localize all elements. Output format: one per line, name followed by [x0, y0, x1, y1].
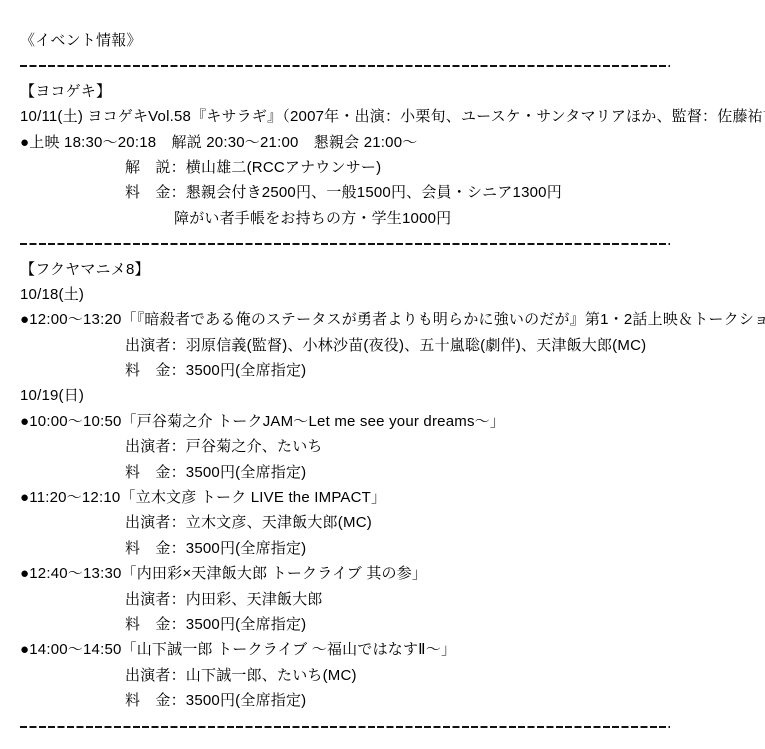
event-title-line: ●12:00～13:20「『暗殺者である俺のステータスが勇者よりも明らかに強いの…: [20, 307, 765, 332]
fee-line: 料 金：3500円(全席指定): [20, 460, 765, 485]
fee-note-line: 障がい者手帳をお持ちの方・学生1000円: [20, 206, 765, 231]
event-date-line: 10/18(土): [20, 282, 765, 307]
fee-line: 料 金：3500円(全席指定): [20, 536, 765, 561]
fee-line: 料 金：懇親会付き2500円、一般1500円、会員・シニア1300円: [20, 180, 765, 205]
section-heading-fukuyamanime8: 【フクヤマニメ8】: [20, 257, 765, 282]
performer-line: 出演者：内田彩、天津飯大郎: [20, 587, 765, 612]
event-title-line: ●12:40～13:30「内田彩×天津飯大郎 トークライブ 其の参」: [20, 561, 765, 586]
performer-line: 出演者：戸谷菊之介、たいち: [20, 434, 765, 459]
event-title-line: ●11:20～12:10「立木文彦 トーク LIVE the IMPACT」: [20, 485, 765, 510]
event-title-line: ●10:00～10:50「戸谷菊之介 トークJAM～Let me see you…: [20, 409, 765, 434]
event-info-document: 《イベント情報》 【ヨコゲキ】 10/11(土) ヨコゲキVol.58『キサラギ…: [0, 0, 765, 739]
event-title-line: ●14:00～14:50「山下誠一郎 トークライブ ～福山ではなすⅡ～」: [20, 637, 765, 662]
performer-line: 出演者：羽原信義(監督)、小林沙苗(夜役)、五十嵐聡(劇伴)、天津飯大郎(MC): [20, 333, 765, 358]
event-title-line: 10/11(土) ヨコゲキVol.58『キサラギ』（2007年・出演：小栗旬、ユ…: [20, 104, 765, 129]
dashed-line: [20, 65, 670, 67]
event-info-title: 《イベント情報》: [20, 28, 765, 53]
performer-line: 出演者：立木文彦、天津飯大郎(MC): [20, 510, 765, 535]
fee-line: 料 金：3500円(全席指定): [20, 612, 765, 637]
event-schedule-line: ●上映 18:30～20:18 解説 20:30～21:00 懇親会 21:00…: [20, 130, 765, 155]
performer-line: 出演者：山下誠一郎、たいち(MC): [20, 663, 765, 688]
section-divider: [20, 53, 765, 78]
fee-line: 料 金：3500円(全席指定): [20, 688, 765, 713]
commentary-line: 解 説：横山雄二(RCCアナウンサー): [20, 155, 765, 180]
dashed-line: [20, 243, 670, 245]
section-divider: [20, 231, 765, 256]
section-heading-yokogeki: 【ヨコゲキ】: [20, 79, 765, 104]
fee-line: 料 金：3500円(全席指定): [20, 358, 765, 383]
event-date-line: 10/19(日): [20, 383, 765, 408]
dashed-line: [20, 726, 670, 728]
section-divider: [20, 714, 765, 739]
